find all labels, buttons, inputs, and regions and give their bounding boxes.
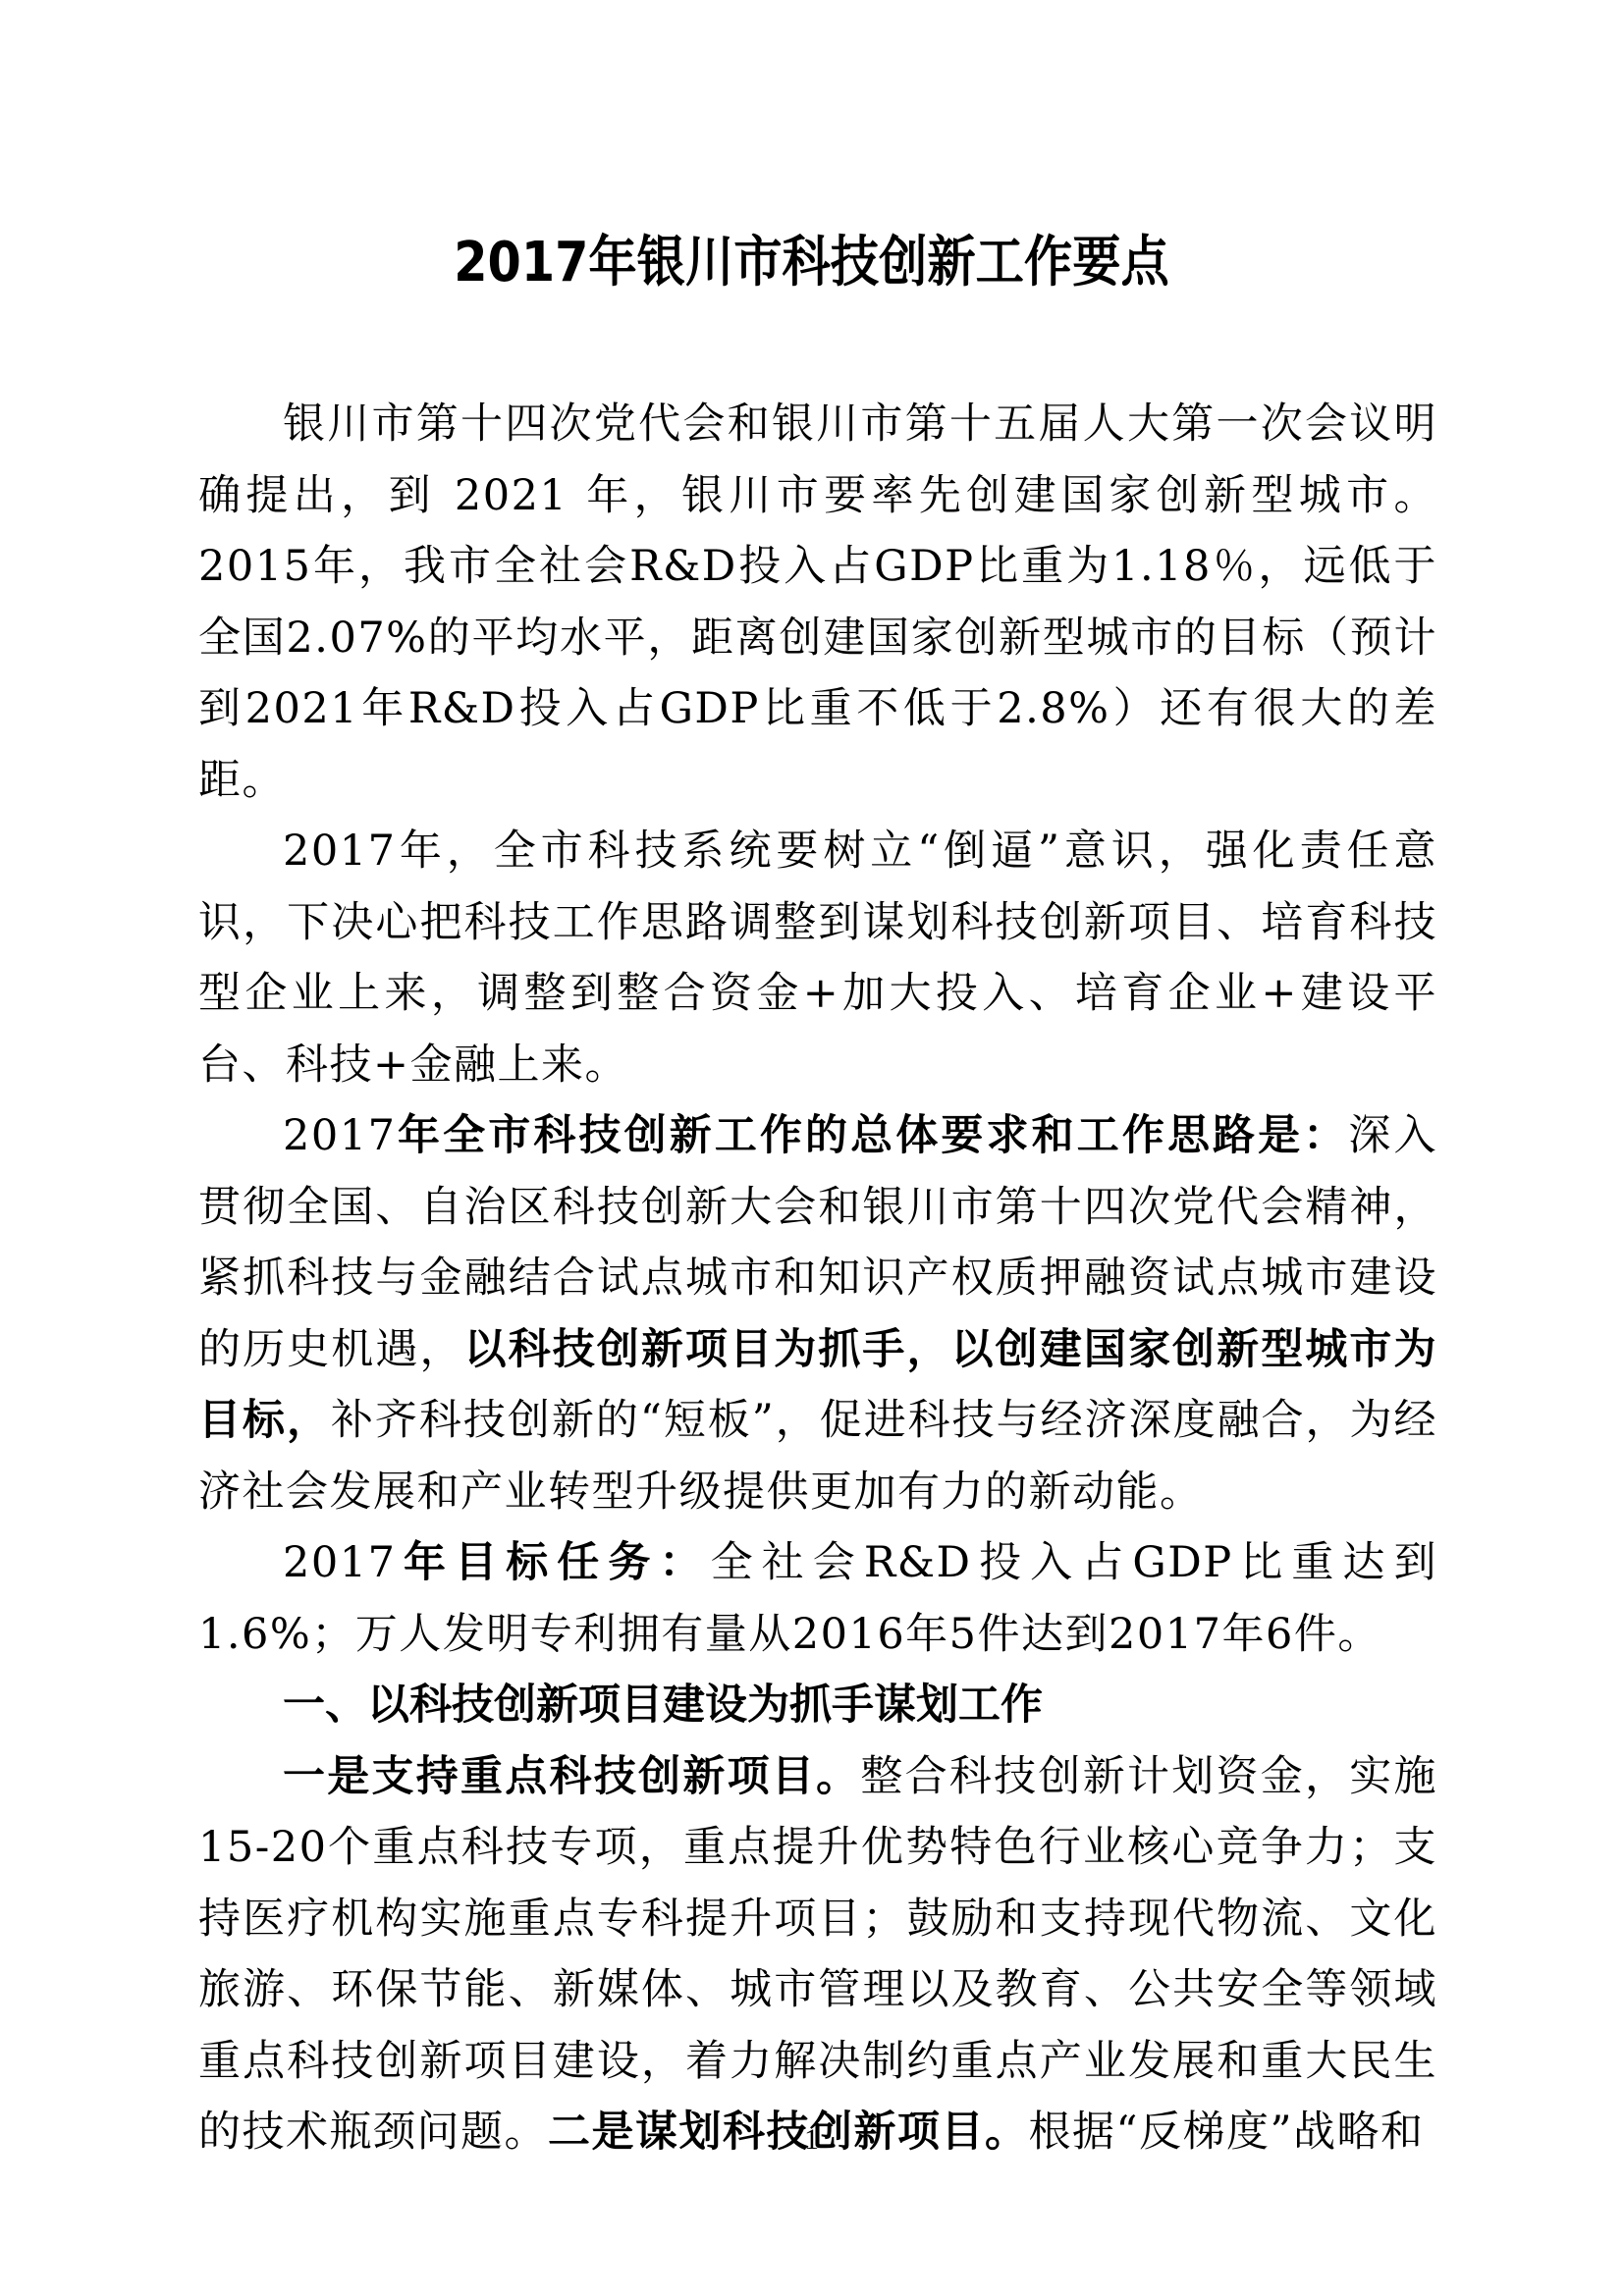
bold-text-segment: 年目标任务：: [396, 1538, 710, 1587]
paragraph-overall-requirements: 2017年全市科技创新工作的总体要求和工作思路是：深入贯彻全国、自治区科技创新大…: [198, 1100, 1437, 1527]
paragraph-section-1: 一是支持重点科技创新项目。整合科技创新计划资金，实施15-20个重点科技专项，重…: [198, 1741, 1437, 2168]
text-segment: 整合科技创新计划资金，实施15-20个重点科技专项，重点提升优势特色行业核心竞争…: [198, 1752, 1437, 2158]
text-segment: 银川市第十四次党代会和银川市第十五届人大第一次会议明确提出，到 2021 年，银…: [198, 400, 1437, 805]
text-segment: 2017: [283, 1538, 396, 1587]
paragraph-intro: 银川市第十四次党代会和银川市第十五届人大第一次会议明确提出，到 2021 年，银…: [198, 389, 1437, 816]
paragraph-2017-mindset: 2017年，全市科技系统要树立“倒逼”意识，强化责任意识，下决心把科技工作思路调…: [198, 816, 1437, 1100]
paragraph-targets: 2017年目标任务：全社会R&D投入占GDP比重达到1.6%；万人发明专利拥有量…: [198, 1527, 1437, 1670]
section-heading-1: 一、以科技创新项目建设为抓手谋划工作: [198, 1670, 1437, 1741]
text-segment: 2017: [283, 1111, 396, 1160]
document-body: 银川市第十四次党代会和银川市第十五届人大第一次会议明确提出，到 2021 年，银…: [198, 389, 1437, 2168]
text-segment: 补齐科技创新的“短板”，促进科技与经济深度融合，为经济社会发展和产业转型升级提供…: [198, 1396, 1437, 1517]
document-title: 2017年银川市科技创新工作要点: [97, 224, 1526, 302]
text-segment: 2017年，全市科技系统要树立“倒逼”意识，强化责任意识，下决心把科技工作思路调…: [198, 827, 1437, 1090]
bold-text-segment: 年全市科技创新工作的总体要求和工作思路是：: [396, 1111, 1348, 1160]
bold-text-segment: 一是支持重点科技创新项目。: [283, 1752, 860, 1801]
page-number: 1: [0, 2120, 1623, 2160]
document-page: 2017年银川市科技创新工作要点 银川市第十四次党代会和银川市第十五届人大第一次…: [0, 0, 1623, 2296]
